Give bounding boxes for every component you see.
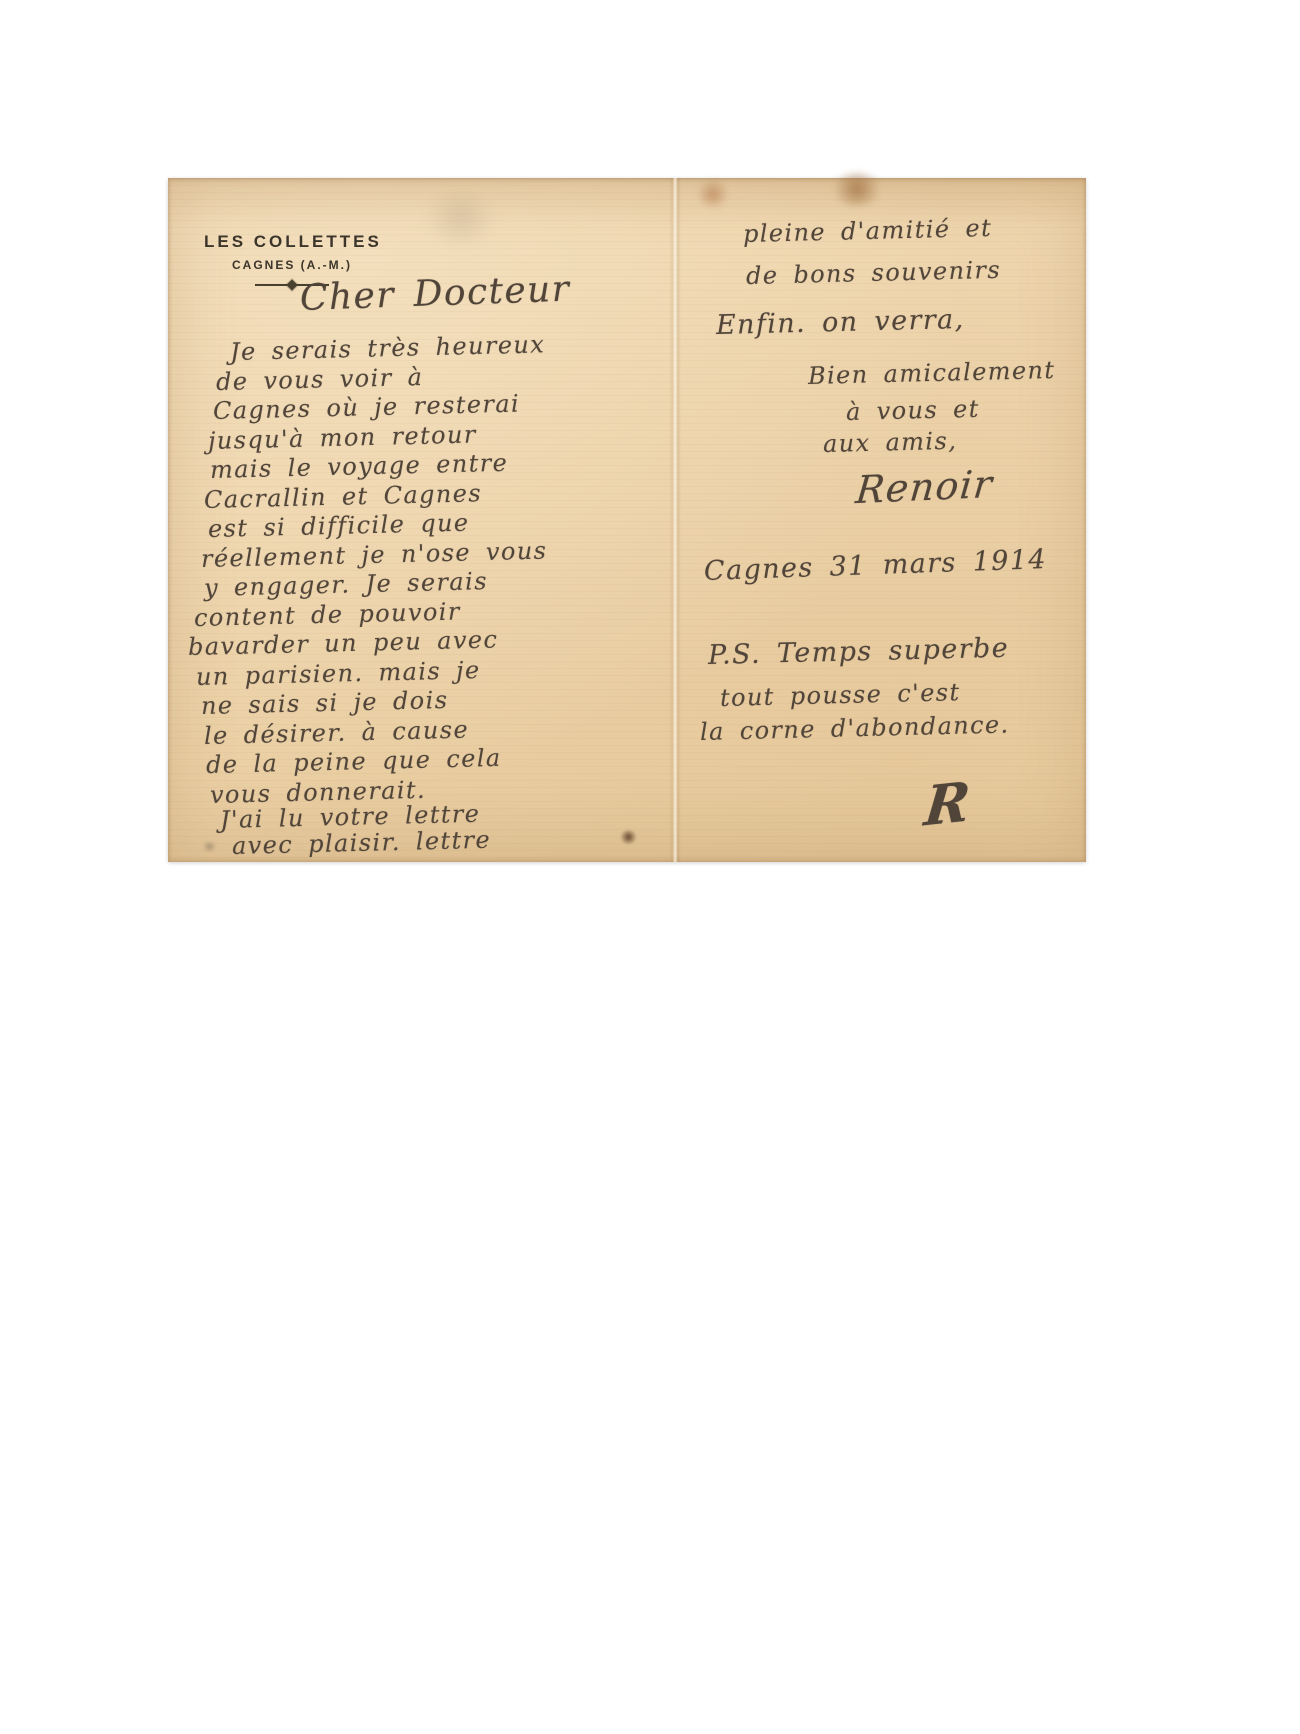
letter-line: est si difficile que bbox=[208, 509, 470, 543]
dateline: Cagnes 31 mars 1914 bbox=[703, 544, 1047, 587]
stain bbox=[202, 842, 217, 851]
letter-line: ne sais si je dois bbox=[201, 686, 449, 720]
stain bbox=[620, 830, 637, 844]
stain bbox=[695, 180, 731, 208]
letterhead-location: CAGNES (A.-M.) bbox=[204, 258, 380, 272]
letter-line: pleine d'amitié et bbox=[743, 214, 993, 248]
letter-line: Enfin. on verra, bbox=[716, 304, 965, 341]
stain bbox=[418, 194, 504, 242]
ornament-star-icon bbox=[286, 279, 297, 290]
letter-line: de vous voir à bbox=[216, 363, 424, 396]
closing-line: Bien amicalement bbox=[808, 356, 1056, 390]
letter-paper: LES COLLETTES CAGNES (A.-M.) Cher Docteu… bbox=[168, 178, 1086, 862]
closing-line: aux amis, bbox=[823, 427, 958, 458]
postscript-line: tout pousse c'est bbox=[720, 678, 961, 712]
salutation: Cher Docteur bbox=[299, 269, 571, 319]
letter-line: Je serais très heureux bbox=[230, 330, 546, 366]
closing-line: à vous et bbox=[846, 395, 980, 426]
letter-line: réellement je n'ose vous bbox=[201, 537, 548, 573]
letterhead-name: LES COLLETTES bbox=[204, 232, 380, 252]
signature: Renoir bbox=[854, 462, 995, 512]
stain bbox=[828, 172, 886, 206]
letter-line: avec plaisir. lettre bbox=[232, 826, 492, 860]
scan-background: { "letterhead": { "name": "LES COLLETTES… bbox=[0, 0, 1300, 1734]
postscript-line: P.S. Temps superbe bbox=[708, 633, 1010, 671]
letter-line: de bons souvenirs bbox=[746, 256, 1002, 290]
ornament-rule-left bbox=[255, 284, 289, 286]
initial-paraph: R bbox=[922, 769, 975, 839]
fold-crease bbox=[669, 178, 681, 862]
letter-line: y engager. Je serais bbox=[204, 567, 489, 602]
postscript-line: la corne d'abondance. bbox=[700, 710, 1010, 746]
letter-line: de la peine que cela bbox=[206, 744, 502, 779]
